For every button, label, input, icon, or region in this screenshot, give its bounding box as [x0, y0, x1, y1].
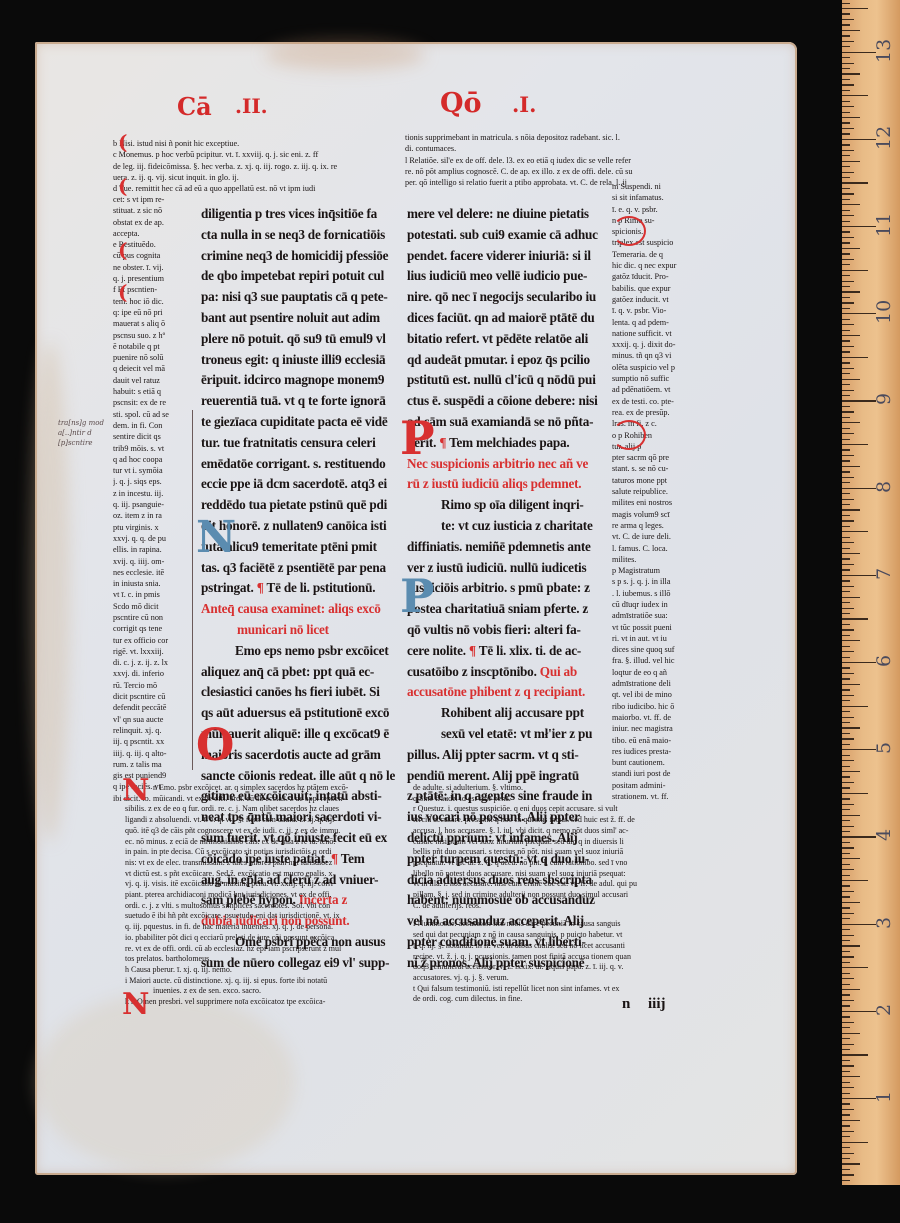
text-line: mere vel delere: ne diuine pietatis — [407, 204, 599, 225]
ruler-tick — [842, 793, 868, 794]
ruler-tick — [842, 422, 860, 423]
gloss-line: tur vt i. symōia — [113, 465, 195, 476]
gloss-spacer — [413, 911, 695, 919]
gloss-line: res iudices presta- — [612, 746, 704, 757]
ruler-tick — [842, 1038, 850, 1039]
ruler-tick — [842, 73, 860, 74]
ruler-tick — [842, 689, 850, 690]
gloss-bottom-right: de adulte. si adulterium. §. vltimo. q S… — [413, 783, 695, 1005]
ruler-tick — [842, 253, 850, 254]
ruler-label: 10 — [873, 300, 895, 324]
ruler-label: 5 — [873, 736, 895, 760]
ruler-tick — [842, 771, 860, 772]
gloss-line: in iniusta snia. — [113, 578, 195, 589]
ruler-tick — [842, 548, 850, 549]
ruler-label: 4 — [873, 823, 895, 847]
gloss-line: uera. z. ij. q. vij. sicut inquit. in gl… — [113, 172, 395, 183]
text-line: reuerentiā tuā. vt q te forte ignorā — [201, 391, 395, 412]
ruler-tick — [842, 891, 854, 892]
ruler-tick — [842, 1054, 868, 1055]
ruler-tick — [842, 1060, 850, 1061]
ruler-tick — [842, 1044, 854, 1045]
text-line: Rimo sp oīa diligent inqri- — [407, 495, 599, 516]
ruler-tick — [842, 760, 854, 761]
ruler-tick — [842, 618, 868, 619]
ruler-tick — [842, 776, 850, 777]
gloss-line: mauerat s aliq ō — [113, 318, 195, 329]
gloss-line: ī. q. iij. §. notandū. in fi. ver. in oī… — [413, 941, 695, 952]
gloss-line: pscnsit: ex de re — [113, 397, 195, 408]
ruler-tick — [842, 161, 860, 162]
ruler-tick — [842, 722, 850, 723]
ruler-tick — [842, 913, 854, 914]
gloss-line: admīstratiōe sua: — [612, 610, 704, 621]
ruler-tick — [842, 1000, 854, 1001]
gloss-line: puenire nō solū — [113, 352, 195, 363]
ruler-tick — [842, 226, 876, 227]
gloss-line: in pain. in pte decisa. Cū s excōicato s… — [125, 847, 397, 858]
ruler-tick — [842, 455, 854, 456]
ruler-tick — [842, 858, 860, 859]
ruler-tick — [842, 362, 850, 363]
text-line: pstitutū est. nullū cl'icū q nōdū pui — [407, 370, 599, 391]
paper-stain — [265, 40, 425, 70]
running-head-causa: Cā — [177, 92, 212, 121]
gloss-line: q: ipe eū nō pri — [113, 307, 195, 318]
ruler-label: 6 — [873, 649, 895, 673]
red-initial-p: P — [400, 412, 435, 464]
ruler-tick — [842, 231, 850, 232]
gloss-line: q. iij. pquestus. in fi. de hac materia … — [125, 922, 397, 933]
ruler-tick — [842, 411, 854, 412]
gloss-line: stituat. z sic nō — [113, 205, 195, 216]
signature-letter: n — [622, 996, 630, 1013]
note-line: a[..]ntir d — [58, 428, 104, 438]
gloss-line: sumptio nō suffic — [612, 373, 704, 384]
ruler-tick — [842, 1027, 850, 1028]
ruler-label: 8 — [873, 475, 895, 499]
gloss-line: pter sacrm qō pre — [612, 452, 704, 463]
ruler-tick — [842, 608, 854, 609]
gloss-line: b Nisi. istud nisi ñ ponit hic exceptiue… — [113, 138, 395, 149]
ruler-tick — [842, 657, 850, 658]
ruler-tick — [842, 150, 854, 151]
ruler-tick — [842, 875, 850, 876]
ruler-tick — [842, 738, 854, 739]
ruler-tick — [842, 695, 854, 696]
ruler-tick — [842, 199, 850, 200]
gloss-line: stant. s. se nō cu- — [612, 463, 704, 474]
ruler-tick — [842, 918, 850, 919]
gloss-line: ex de testi. co. pte- — [612, 396, 704, 407]
text-line: diligentia p tres vices inq̄sitiōe fa — [201, 204, 395, 225]
ruler-tick — [842, 482, 850, 483]
ruler-tick — [842, 733, 850, 734]
ruler-tick — [842, 984, 850, 985]
ruler-tick — [842, 8, 868, 9]
gloss-line: pillam. §. j. sed in crimine adulterij n… — [413, 890, 695, 901]
gloss-line: dices sine quoq suf — [612, 644, 704, 655]
handwritten-margin-note: tra[ns]g mod a[..]ntir d [p]scntire — [58, 418, 104, 448]
ruler-tick — [842, 428, 850, 429]
gloss-line: dem. in fi. Con — [113, 420, 195, 431]
gloss-line: vt in illa. l. hos accusare. nisi cum cr… — [413, 879, 695, 890]
ruler-tick — [842, 24, 850, 25]
gloss-line: suetudo ē ibi hñ pñt excōicare. psuetudo… — [125, 911, 397, 922]
gloss-line: tos prelatos. bartholomeus. — [125, 954, 397, 965]
text-line: potestati. sub cui9 examie cā adhuc — [407, 225, 599, 246]
gloss-line: obstat ex de ap. — [113, 217, 195, 228]
gloss-line: n Emo. psbr excōicet. ar. q simplex sace… — [125, 783, 397, 794]
gloss-line: sentire dicit qs — [113, 431, 195, 442]
gloss-line: de leg. iij. fideicōmissa. §. hec verba.… — [113, 161, 395, 172]
ruler-tick — [842, 1071, 850, 1072]
ruler-tick — [842, 853, 850, 854]
ruler-tick — [842, 749, 876, 750]
paragraph-mark: ¶ — [439, 435, 446, 450]
text-line: ver z iustū iudiciū. nullū iudicetis — [407, 558, 599, 579]
text-line: ctus ē. suspēdi a cōione debere: nisi — [407, 391, 599, 412]
ruler-tick — [842, 526, 850, 527]
ruler-tick — [842, 700, 850, 701]
rubric-heading: Nec suspicionis arbitrio nec añ ve — [407, 454, 599, 475]
citation: Tē de li. pstitutionū. — [266, 580, 375, 595]
ruler-label: 3 — [873, 911, 895, 935]
red-initial-n: N — [122, 990, 149, 1020]
ruler-tick — [842, 673, 854, 674]
ruler-tick — [842, 155, 850, 156]
ruler-tick — [842, 35, 850, 36]
ruler-tick — [842, 477, 854, 478]
gloss-line: ri. vt in aut. vt iu — [612, 633, 704, 644]
text-line: diffiniatis. nemiñē pdemnetis ante — [407, 537, 599, 558]
ruler-tick — [842, 880, 868, 881]
gloss-line: io. pbabiliter pōt dici q ecciarū prelat… — [125, 933, 397, 944]
gloss-line: l. famus. C. loca. — [612, 543, 704, 554]
margin-bracket-line — [190, 410, 193, 770]
text-line: nire. qō nec ī negocijs secularibo iu — [407, 287, 599, 308]
ruler-tick — [842, 896, 850, 897]
ruler-tick — [842, 831, 850, 832]
gloss-line: cū dīuqr iudex in — [612, 599, 704, 610]
ruler-tick — [842, 864, 850, 865]
ruler-tick — [842, 1114, 850, 1115]
ruler-tick — [842, 907, 850, 908]
ruler-tick — [842, 1082, 850, 1083]
ruler-tick — [842, 390, 854, 391]
gloss-line: sti. spol. cū ad se — [113, 409, 195, 420]
gloss-line: gatōez inducit. vt — [612, 294, 704, 305]
ruler-tick — [842, 297, 850, 298]
ruler-tick — [842, 1022, 854, 1023]
ruler-tick — [842, 1136, 850, 1137]
ruler-tick — [842, 629, 854, 630]
ruler-tick — [842, 106, 854, 107]
ruler-label: 12 — [873, 126, 895, 150]
red-initial-o: O — [196, 720, 234, 772]
rubric-heading: Anteq̄ causa examinet: aliqs excō — [201, 599, 395, 620]
ruler-tick — [842, 13, 850, 14]
gloss-line: vj. q. ij. visis. itē excōicatio dī maxi… — [125, 879, 397, 890]
ruler-tick — [842, 166, 850, 167]
ruler-tick — [842, 940, 850, 941]
ruler-label: 2 — [873, 998, 895, 1022]
text-line: qd audeāt pmutar. i epoz q̄s pcilio — [407, 350, 599, 371]
ruler-tick — [842, 248, 860, 249]
ruler-tick — [842, 1163, 860, 1164]
gloss-line: sibilis. z ex de eo q fur. ordi. re. c. … — [125, 804, 397, 815]
gloss-line: xvij. q. iiij. om- — [113, 556, 195, 567]
gloss-line: ptu virginis. x — [113, 522, 195, 533]
gloss-line: lenta. q ad pdem- — [612, 317, 704, 328]
gloss-line: j. q. j. siqs eps. — [113, 476, 195, 487]
ruler-tick — [842, 553, 860, 554]
gloss-line: trib9 mōis. s. vt — [113, 443, 195, 454]
gloss-line: s p s. j. q. j. in illa — [612, 576, 704, 587]
ruler-tick — [842, 139, 876, 140]
text-line: de qbo impetebat repiri potuit cul — [201, 266, 395, 287]
gloss-line: iniur. nec magistra — [612, 723, 704, 734]
gloss-line: de adulte. si adulterium. §. vltimo. — [413, 783, 695, 794]
ruler-tick — [842, 1147, 850, 1148]
ruler-tick — [842, 1169, 850, 1170]
ruler-tick — [842, 242, 850, 243]
gloss-line: ec. nō minus. z eciā de mrīmonialibo cāi… — [125, 837, 397, 848]
text-line: troneus egit: q iniuste illi9 ecclesiā — [201, 350, 395, 371]
text-line: Rohibent alij accusare ppt — [407, 703, 599, 724]
ruler-tick — [842, 346, 854, 347]
gloss-line: c Monemus. p hoc verbū pcipitur. vt. ī. … — [113, 149, 395, 160]
gloss-line: ad pdēnatiōem. vt — [612, 384, 704, 395]
ruler-tick — [842, 488, 876, 489]
ruler-tick — [842, 133, 850, 134]
ruler-label: 11 — [873, 213, 895, 237]
gloss-line: habuit: s etiā q — [113, 386, 195, 397]
rubric-heading: municari nō licet — [201, 620, 395, 641]
ruler-tick — [842, 1087, 854, 1088]
gloss-line: C. de adulterijs. reos. — [413, 901, 695, 912]
ruler-tick — [842, 30, 860, 31]
gloss-line: tibo. eū enā maio- — [612, 735, 704, 746]
gloss-line: bunt cautionem. — [612, 757, 704, 768]
ruler-tick — [842, 335, 860, 336]
gloss-line: rigē. vt. lxxxiij. — [113, 646, 195, 657]
gloss-line: doq3 remunerat accusator. vt ž. lxxix. d… — [413, 962, 695, 973]
gloss-line: q deiecit vel mā — [113, 363, 195, 374]
paragraph-mark: ¶ — [469, 643, 476, 658]
note-line: [p]scntire — [58, 438, 104, 448]
text-line: tur. tue fratnitatis censura celeri — [201, 433, 395, 454]
ruler-tick — [842, 1049, 850, 1050]
ruler-tick — [842, 210, 850, 211]
gloss-line: z in incestu. iij. — [113, 488, 195, 499]
gloss-line: accusa. l. hos accusare. §. l. iul. vbi … — [413, 826, 695, 837]
gloss-line: rea. ex de presūp. — [612, 407, 704, 418]
ruler-tick — [842, 417, 850, 418]
ruler-tick — [842, 1131, 854, 1132]
text-line: cere nolite. — [407, 643, 466, 658]
ruler-tick — [842, 924, 876, 925]
ruler-tick — [842, 373, 850, 374]
gloss-line: . l. iubemus. s illō — [612, 588, 704, 599]
gloss-line: re arma q leges. — [612, 520, 704, 531]
ruler-label: 13 — [873, 39, 895, 63]
ruler-tick — [842, 1180, 850, 1181]
ruler-tick — [842, 460, 850, 461]
ruler-tick — [842, 313, 876, 314]
ruler-tick — [842, 640, 860, 641]
gloss-top-right: tionis supprimebant in matricula. s nōia… — [405, 132, 705, 188]
ruler-tick — [842, 444, 868, 445]
gloss-line: ribo iudicibo. hic ō — [612, 701, 704, 712]
ruler-tick — [842, 1098, 876, 1099]
ruler-tick — [842, 281, 854, 282]
ruler-tick — [842, 531, 868, 532]
ruler-tick — [842, 395, 850, 396]
gloss-bottom-left: n Emo. psbr excōicet. ar. q simplex sace… — [125, 783, 397, 1008]
ruler-tick — [842, 3, 850, 4]
gloss-line: iij. q pscntit. xx — [113, 736, 195, 747]
text-line: qō vultis nō vobis fieri: alteri fa- — [407, 620, 599, 641]
red-loop-mark — [612, 420, 646, 450]
ruler-tick — [842, 815, 860, 816]
gloss-line: loqtur de eo q añ — [612, 667, 704, 678]
ruler-tick — [842, 962, 850, 963]
gloss-line: inuenies. z ex de sen. exco. sacro. — [125, 986, 397, 997]
ruler-tick — [842, 624, 850, 625]
gloss-line: tur ex officio cor — [113, 635, 195, 646]
ruler-tick — [842, 340, 850, 341]
ruler-tick — [842, 1065, 854, 1066]
gloss-line: ē notabile q pt — [113, 341, 195, 352]
ruler-tick — [842, 112, 850, 113]
ruler-tick — [842, 172, 854, 173]
ruler-tick — [842, 384, 850, 385]
ruler-tick — [842, 744, 850, 745]
gloss-line: q. iij. psanguie- — [113, 499, 195, 510]
ruler-tick — [842, 956, 854, 957]
gloss-line: l Relatiōe. sil'e ex de off. dele. l3. e… — [405, 155, 705, 166]
measuring-ruler: 1413121110987654321 — [842, 0, 900, 1185]
ruler-tick — [842, 79, 850, 80]
ruler-tick — [842, 319, 850, 320]
ruler-tick — [842, 684, 860, 685]
gloss-line: dauit vel ratuz — [113, 375, 195, 386]
ruler-tick — [842, 885, 850, 886]
gloss-line: cusare nisi suam vel suoz iniuriam psequ… — [413, 837, 695, 848]
ruler-tick — [842, 515, 850, 516]
ruler-tick — [842, 820, 850, 821]
running-head-causa-number: .II. — [235, 94, 268, 118]
ruler-tick — [842, 842, 850, 843]
text-line: emēdatōe corrigant. s. restituendo — [201, 454, 395, 475]
ruler-tick — [842, 466, 860, 467]
ruler-tick — [842, 122, 850, 123]
paragraph-mark: ( — [118, 132, 127, 152]
ruler-tick — [842, 193, 854, 194]
ruler-tick — [842, 804, 854, 805]
text-line: eccie ppe iā dcm sacerdotē. atq3 ei — [201, 474, 395, 495]
gloss-line: vt. C. de iure deli. — [612, 531, 704, 542]
ruler-tick — [842, 182, 868, 183]
text-line: pstringat. — [201, 580, 254, 595]
text-line: ad cām suā examiandā se nō pñta- — [407, 412, 599, 433]
ruler-tick — [842, 847, 854, 848]
text-line: ēripuit. idcirco magnope monem9 — [201, 370, 395, 391]
gloss-line: ī. e. q. v. psbr. — [612, 204, 704, 215]
ruler-tick — [842, 826, 854, 827]
ruler-tick — [842, 678, 850, 679]
text-line: lius iudiciū meo vellē iudicio pue- — [407, 266, 599, 287]
ruler-tick — [842, 766, 850, 767]
gloss-line: iiij. q. iij. q alto- — [113, 748, 195, 759]
ruler-tick — [842, 221, 850, 222]
ruler-tick — [842, 188, 850, 189]
ruler-label: 1 — [873, 1085, 895, 1109]
gloss-line: i Maiori aucte. cū distinctione. xj. q. … — [125, 976, 397, 987]
gloss-line: xxvj. q. q. de pu — [113, 533, 195, 544]
text-line: plere nō potuit. qō su9 tū emul9 vl — [201, 329, 395, 350]
gloss-line: xxxij. q. j. dixit do- — [612, 339, 704, 350]
gloss-line: salute reipublice. — [612, 486, 704, 497]
gloss-line: olēta suspicio vel p — [612, 362, 704, 373]
ruler-tick — [842, 144, 850, 145]
ruler-tick — [842, 586, 854, 587]
gloss-line: ī. q. v. psbr. Vio- — [612, 305, 704, 316]
ruler-tick — [842, 706, 868, 707]
gloss-line: piant. pterea archidiaconi modicā hnt iu… — [125, 890, 397, 901]
gloss-line: si sit infamatus. — [612, 192, 704, 203]
ruler-tick — [842, 580, 850, 581]
gloss-line: qt. vel ibi de mino — [612, 689, 704, 700]
ruler-tick — [842, 537, 850, 538]
text-line: aliquez anq̄ cā pbet: ppt quā ec- — [201, 662, 395, 683]
ruler-tick — [842, 1125, 850, 1126]
ruler-tick — [842, 368, 854, 369]
gloss-line: vl' qn sua aucte — [113, 714, 195, 725]
ruler-tick — [842, 63, 854, 64]
gloss-line: h Causa pberur. ī. xj. q. iij. nemo. — [125, 965, 397, 976]
ruler-tick — [842, 101, 850, 102]
ruler-tick — [842, 973, 850, 974]
ruler-tick — [842, 1033, 860, 1034]
text-line: pendet. facere viderer iniuriā: si il — [407, 246, 599, 267]
gloss-line: ne obster. ī. vij. — [113, 262, 195, 273]
text-line: pa: nisi q3 sue pauptatis cā q pete- — [201, 287, 395, 308]
ruler-tick — [842, 782, 854, 783]
text-line: postea charitatiuā sniam pferte. z — [407, 599, 599, 620]
paragraph-mark: ( — [118, 282, 127, 302]
running-head-questio-number: .I. — [512, 92, 536, 117]
ruler-tick — [842, 275, 850, 276]
ruler-tick — [842, 302, 854, 303]
gloss-line: maiorbo. vt. ff. de — [612, 712, 704, 723]
gloss-line: f Nummosue. accusatori licz nobis dare p… — [413, 919, 695, 930]
ruler-tick — [842, 204, 860, 205]
ruler-tick — [842, 727, 860, 728]
ruler-tick — [842, 90, 850, 91]
paragraph-mark: ( — [118, 240, 127, 260]
ruler-tick — [842, 935, 854, 936]
ruler-tick — [842, 308, 850, 309]
gloss-line: standi iuri post de — [612, 768, 704, 779]
ruler-tick — [842, 667, 850, 668]
ruler-tick — [842, 1153, 854, 1154]
ruler-tick — [842, 406, 850, 407]
ruler-tick — [842, 95, 868, 96]
ruler-tick — [842, 449, 850, 450]
ruler-tick — [842, 1103, 850, 1104]
